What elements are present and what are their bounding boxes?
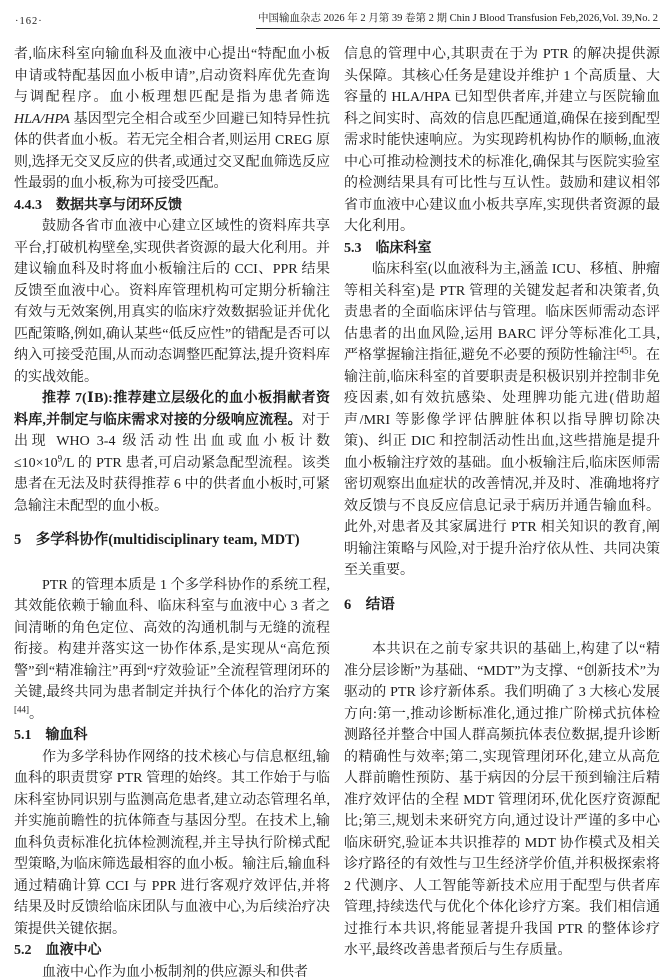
column-left: 者,临床科室向输血科及血液中心提出“特配血小板申请或特配基因血小板申请”,启动资… xyxy=(14,44,330,979)
section-heading: 6 结语 xyxy=(344,595,660,617)
journal-header-line: 中国输血杂志 2026 年 2 月第 39 卷第 2 期 Chin J Bloo… xyxy=(256,12,660,29)
section-heading: 5.1 输血科 xyxy=(14,725,330,747)
article-body: 者,临床科室向输血科及血液中心提出“特配血小板申请或特配基因血小板申请”,启动资… xyxy=(14,44,660,979)
paragraph: 信息的管理中心,其职责在于为 PTR 的解决提供源头保障。其核心任务是建设并维护… xyxy=(344,44,660,238)
paragraph: 本共识在之前专家共识的基础上,构建了以“精准分层诊断”为基础、“MDT”为支撑、… xyxy=(344,639,660,962)
paragraph: 推荐 7(ⅠB):推荐建立层级化的血小板捐献者资料库,并制定与临床需求对接的分级… xyxy=(14,388,330,517)
paragraph: 血液中心作为血小板制剂的供应源头和供者 xyxy=(14,962,330,979)
paragraph: 鼓励各省市血液中心建立区域性的资料库共享平台,打破机构壁垒,实现供者资源的最大化… xyxy=(14,216,330,388)
section-heading: 5 多学科协作(multidisciplinary team, MDT) xyxy=(14,530,330,552)
paragraph: 临床科室(以血液科为主,涵盖 ICU、移植、肿瘤等相关科室)是 PTR 管理的关… xyxy=(344,259,660,582)
paragraph: 作为多学科协作网络的技术核心与信息枢纽,输血科的职责贯穿 PTR 管理的始终。其… xyxy=(14,747,330,941)
section-heading: 5.3 临床科室 xyxy=(344,238,660,260)
page-number: ·162· xyxy=(15,15,43,29)
section-heading: 4.4.3 数据共享与闭环反馈 xyxy=(14,195,330,217)
column-right: 信息的管理中心,其职责在于为 PTR 的解决提供源头保障。其核心任务是建设并维护… xyxy=(344,44,660,979)
paragraph: PTR 的管理本质是 1 个多学科协作的系统工程,其效能依赖于输血科、临床科室与… xyxy=(14,575,330,726)
running-head: ·162· 中国输血杂志 2026 年 2 月第 39 卷第 2 期 Chin … xyxy=(15,12,660,29)
journal-page: ·162· 中国输血杂志 2026 年 2 月第 39 卷第 2 期 Chin … xyxy=(0,0,669,979)
section-heading: 5.2 血液中心 xyxy=(14,940,330,962)
paragraph: 者,临床科室向输血科及血液中心提出“特配血小板申请或特配基因血小板申请”,启动资… xyxy=(14,44,330,195)
